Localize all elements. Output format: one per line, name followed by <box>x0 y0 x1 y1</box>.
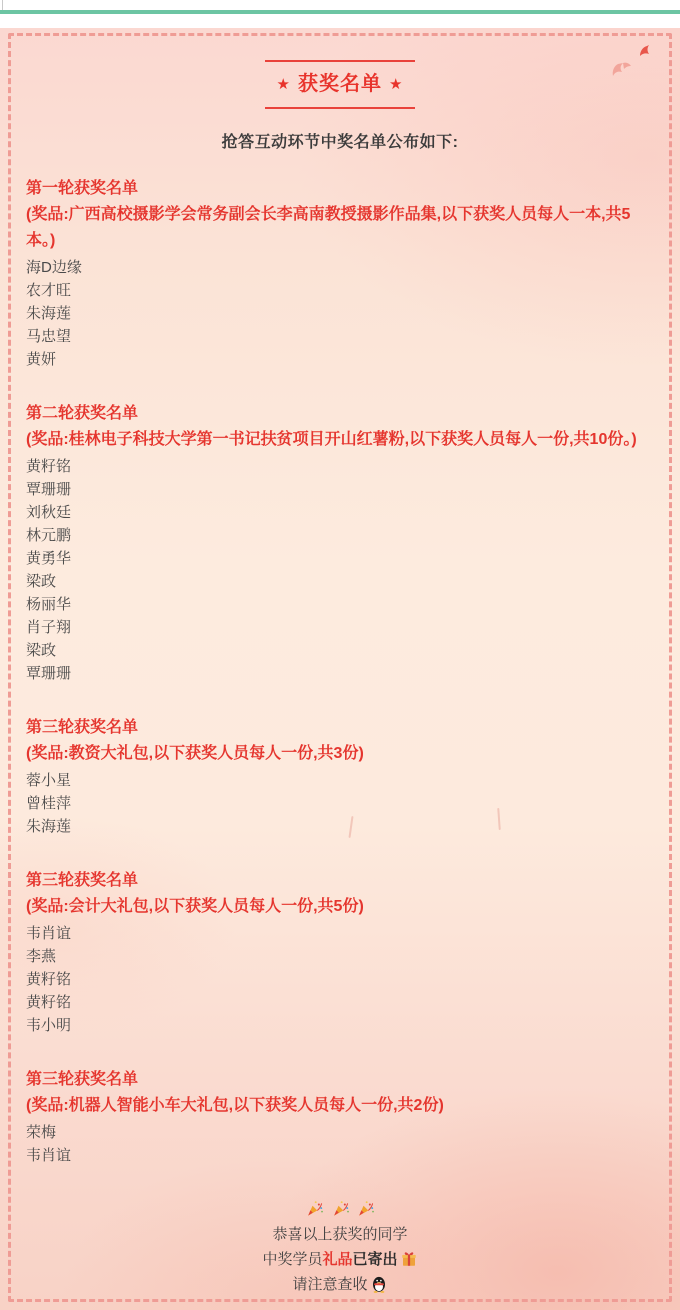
page-title-text: 获奖名单 <box>298 73 382 95</box>
winner-list: 黄籽铭覃珊珊刘秋廷林元鹏黄勇华梁政杨丽华肖子翔梁政覃珊珊 <box>26 455 654 685</box>
round-heading: 第二轮获奖名单 <box>26 401 654 427</box>
shipped-line: 中奖学员礼品已寄出 <box>26 1247 654 1272</box>
winner-name: 刘秋廷 <box>26 501 654 524</box>
notice-line: 请注意查收 <box>26 1272 654 1297</box>
winner-name: 黄籽铭 <box>26 455 654 478</box>
shipped-highlight: 礼品 <box>322 1251 352 1268</box>
winner-name: 朱海莲 <box>26 302 654 325</box>
gift-icon <box>400 1250 418 1268</box>
winner-name: 马忠望 <box>26 325 654 348</box>
winner-name: 杨丽华 <box>26 593 654 616</box>
title-rule-bottom <box>265 107 415 109</box>
congrats-text: 恭喜以上获奖的同学 <box>26 1222 654 1247</box>
shipped-bold: 已寄出 <box>353 1251 398 1268</box>
winner-name: 黄勇华 <box>26 547 654 570</box>
winner-name: 林元鹏 <box>26 524 654 547</box>
winner-name: 肖子翔 <box>26 616 654 639</box>
award-round-section: 第三轮获奖名单 (奖品:机器人智能小车大礼包,以下获奖人员每人一份,共2份) 荣… <box>26 1067 654 1167</box>
footer: 恭喜以上获奖的同学 中奖学员礼品已寄出 请注意查收 <box>26 1197 654 1297</box>
party-popper-icon <box>356 1199 375 1218</box>
prize-description: (奖品:机器人智能小车大礼包,以下获奖人员每人一份,共2份) <box>26 1093 654 1119</box>
penguin-icon <box>370 1275 388 1293</box>
award-card: ★获奖名单★ 抢答互动环节中奖名单公布如下: 第一轮获奖名单 (奖品:广西高校摄… <box>0 28 680 1310</box>
winner-name: 韦小明 <box>26 1014 654 1037</box>
notice-text: 请注意查收 <box>292 1276 367 1293</box>
winner-name: 黄妍 <box>26 348 654 371</box>
card-content: ★获奖名单★ 抢答互动环节中奖名单公布如下: 第一轮获奖名单 (奖品:广西高校摄… <box>0 60 680 1297</box>
winner-name: 韦肖谊 <box>26 1144 654 1167</box>
award-round-section: 第三轮获奖名单 (奖品:会计大礼包,以下获奖人员每人一份,共5份) 韦肖谊李燕黄… <box>26 868 654 1037</box>
winner-name: 梁政 <box>26 570 654 593</box>
winner-list: 蓉小星曾桂萍朱海莲 <box>26 769 654 838</box>
divider-tick <box>2 0 3 10</box>
winner-name: 农才旺 <box>26 279 654 302</box>
party-popper-icon <box>331 1199 350 1218</box>
winner-list: 海D边缘农才旺朱海莲马忠望黄妍 <box>26 256 654 371</box>
prize-description: (奖品:桂林电子科技大学第一书记扶贫项目开山红薯粉,以下获奖人员每人一份,共10… <box>26 427 654 453</box>
round-heading: 第三轮获奖名单 <box>26 1067 654 1093</box>
winner-name: 黄籽铭 <box>26 991 654 1014</box>
award-round-section: 第二轮获奖名单 (奖品:桂林电子科技大学第一书记扶贫项目开山红薯粉,以下获奖人员… <box>26 401 654 685</box>
winner-name: 覃珊珊 <box>26 662 654 685</box>
winner-name: 韦肖谊 <box>26 922 654 945</box>
article-page: { "page": { "star": "★", "title": "获奖名单"… <box>0 0 680 1310</box>
winner-name: 朱海莲 <box>26 815 654 838</box>
star-icon: ★ <box>277 76 291 93</box>
award-round-section: 第三轮获奖名单 (奖品:教资大礼包,以下获奖人员每人一份,共3份) 蓉小星曾桂萍… <box>26 715 654 838</box>
shipped-prefix: 中奖学员 <box>262 1251 322 1268</box>
party-popper-icon <box>305 1199 324 1218</box>
award-round-section: 第一轮获奖名单 (奖品:广西高校摄影学会常务副会长李高南教授摄影作品集,以下获奖… <box>26 176 654 371</box>
winner-name: 曾桂萍 <box>26 792 654 815</box>
winner-name: 黄籽铭 <box>26 968 654 991</box>
prize-description: (奖品:会计大礼包,以下获奖人员每人一份,共5份) <box>26 894 654 920</box>
round-heading: 第三轮获奖名单 <box>26 715 654 741</box>
title-block: ★获奖名单★ <box>265 60 415 109</box>
prize-description: (奖品:广西高校摄影学会常务副会长李高南教授摄影作品集,以下获奖人员每人一本,共… <box>26 202 654 254</box>
round-heading: 第三轮获奖名单 <box>26 868 654 894</box>
winner-list: 韦肖谊李燕黄籽铭黄籽铭韦小明 <box>26 922 654 1037</box>
winner-name: 荣梅 <box>26 1121 654 1144</box>
winner-name: 蓉小星 <box>26 769 654 792</box>
round-heading: 第一轮获奖名单 <box>26 176 654 202</box>
winner-list: 荣梅韦肖谊 <box>26 1121 654 1167</box>
star-icon: ★ <box>389 76 403 93</box>
prize-description: (奖品:教资大礼包,以下获奖人员每人一份,共3份) <box>26 741 654 767</box>
winner-name: 梁政 <box>26 639 654 662</box>
previous-card-edge <box>0 0 680 28</box>
party-popper-row <box>26 1197 654 1222</box>
winner-name: 李燕 <box>26 945 654 968</box>
teal-rule <box>0 10 680 14</box>
page-title: ★获奖名单★ <box>265 62 415 107</box>
winner-name: 覃珊珊 <box>26 478 654 501</box>
sections: 第一轮获奖名单 (奖品:广西高校摄影学会常务副会长李高南教授摄影作品集,以下获奖… <box>26 176 654 1167</box>
intro-text: 抢答互动环节中奖名单公布如下: <box>26 133 654 152</box>
winner-name: 海D边缘 <box>26 256 654 279</box>
